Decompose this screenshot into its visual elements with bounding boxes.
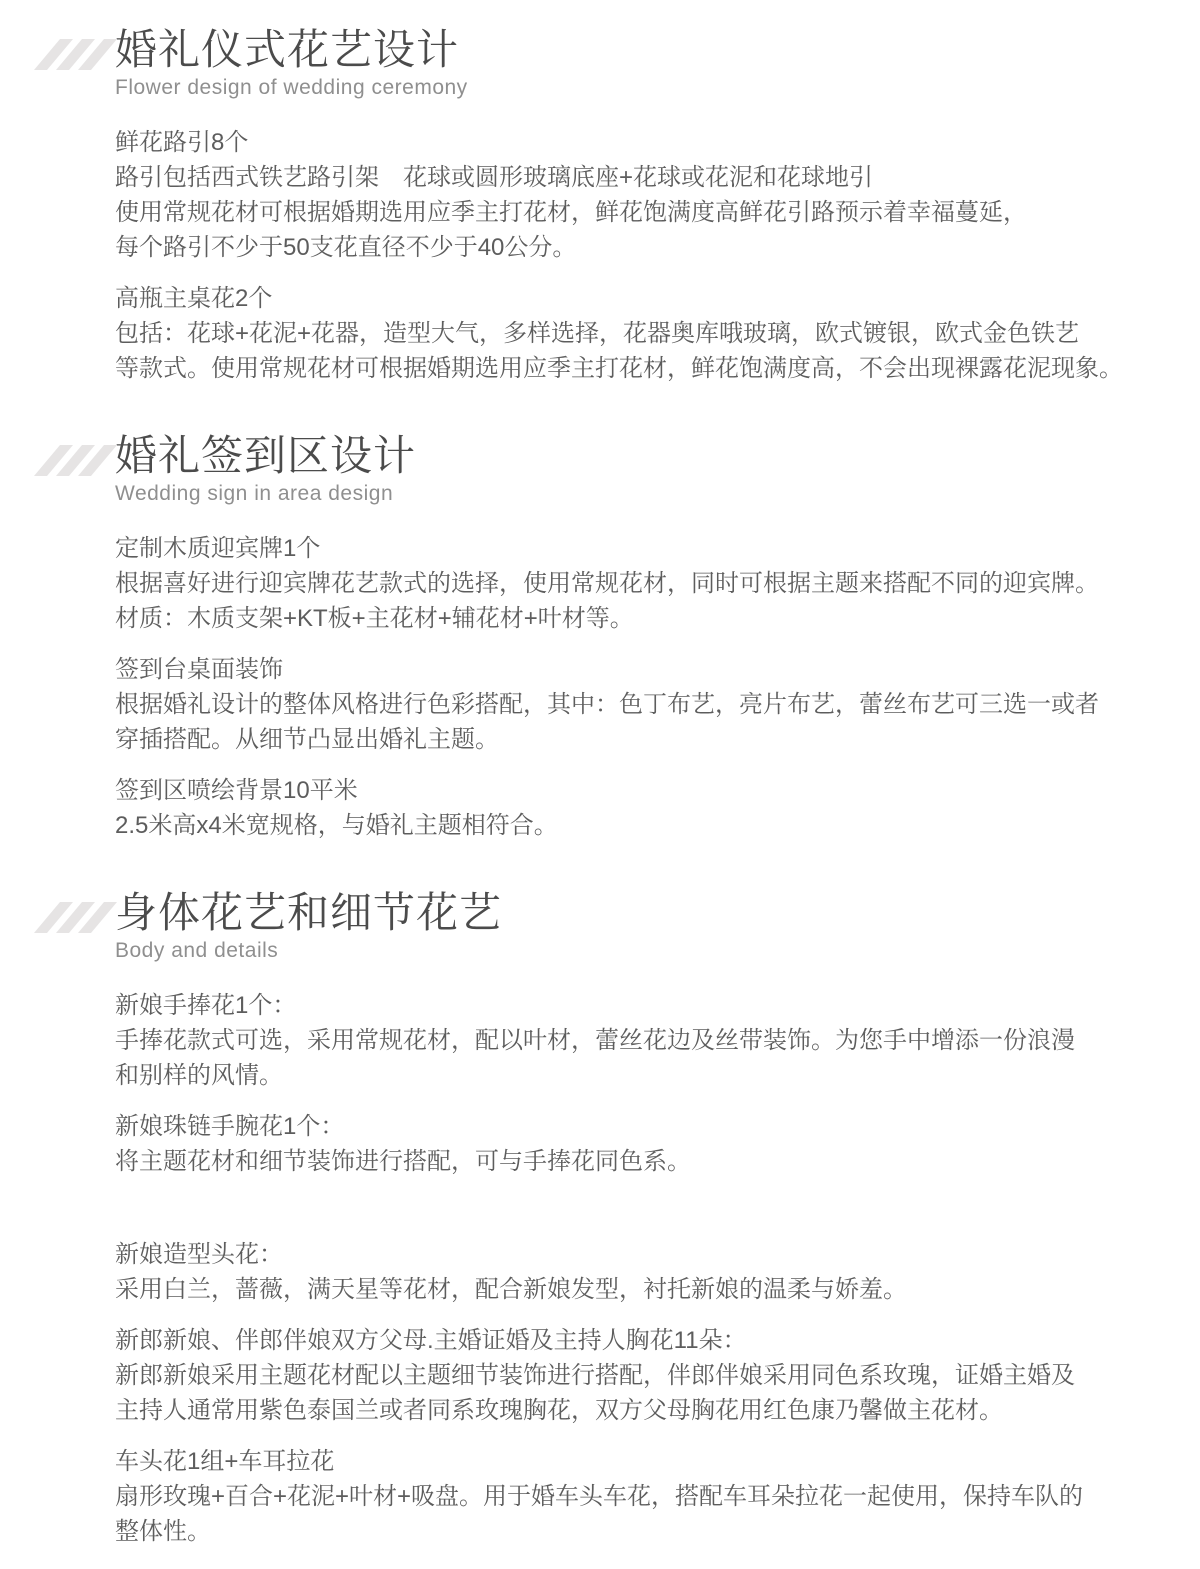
diagonal-stripes-icon [39, 902, 105, 933]
text-line: 使用常规花材可根据婚期选用应季主打花材，鲜花饱满度高鲜花引路预示着幸福蔓延， [115, 195, 1158, 230]
diagonal-stripes-icon [39, 445, 105, 476]
text-line: 高瓶主桌花2个 [115, 281, 1158, 316]
section-blocks: 新娘手捧花1个：手捧花款式可选，采用常规花材，配以叶材，蕾丝花边及丝带装饰。为您… [115, 988, 1158, 1549]
section: 婚礼仪式花艺设计 Flower design of wedding ceremo… [115, 26, 1158, 386]
text-block: 新娘造型头花：采用白兰，蔷薇，满天星等花材，配合新娘发型，衬托新娘的温柔与娇羞。 [115, 1237, 1158, 1307]
text-line: 新郎新娘采用主题花材配以主题细节装饰进行搭配，伴郎伴娘采用同色系玫瑰，证婚主婚及 [115, 1358, 1158, 1393]
text-block: 新娘手捧花1个：手捧花款式可选，采用常规花材，配以叶材，蕾丝花边及丝带装饰。为您… [115, 988, 1158, 1093]
section-subtitle: Wedding sign in area design [115, 481, 1158, 507]
text-line: 采用白兰，蔷薇，满天星等花材，配合新娘发型，衬托新娘的温柔与娇羞。 [115, 1272, 1158, 1307]
diagonal-stripes-icon [39, 39, 105, 70]
section-blocks: 鲜花路引8个路引包括西式铁艺路引架 花球或圆形玻璃底座+花球或花泥和花球地引使用… [115, 125, 1158, 386]
section-blocks: 定制木质迎宾牌1个根据喜好进行迎宾牌花艺款式的选择，使用常规花材，同时可根据主题… [115, 531, 1158, 843]
text-block: 签到台桌面装饰根据婚礼设计的整体风格进行色彩搭配，其中：色丁布艺，亮片布艺，蕾丝… [115, 652, 1158, 757]
text-line: 主持人通常用紫色泰国兰或者同系玫瑰胸花，双方父母胸花用红色康乃馨做主花材。 [115, 1393, 1158, 1428]
text-block: 定制木质迎宾牌1个根据喜好进行迎宾牌花艺款式的选择，使用常规花材，同时可根据主题… [115, 531, 1158, 636]
text-line: 手捧花款式可选，采用常规花材，配以叶材，蕾丝花边及丝带装饰。为您手中增添一份浪漫 [115, 1023, 1158, 1058]
section-header: 婚礼签到区设计 Wedding sign in area design [115, 432, 1158, 507]
text-line: 鲜花路引8个 [115, 125, 1158, 160]
text-line: 和别样的风情。 [115, 1058, 1158, 1093]
text-block: 车头花1组+车耳拉花扇形玫瑰+百合+花泥+叶材+吸盘。用于婚车头车花，搭配车耳朵… [115, 1444, 1158, 1549]
text-line: 根据婚礼设计的整体风格进行色彩搭配，其中：色丁布艺，亮片布艺，蕾丝布艺可三选一或… [115, 687, 1158, 722]
text-block: 高瓶主桌花2个包括：花球+花泥+花器，造型大气，多样选择，花器奥库哦玻璃，欧式镀… [115, 281, 1158, 386]
text-line: 路引包括西式铁艺路引架 花球或圆形玻璃底座+花球或花泥和花球地引 [115, 160, 1158, 195]
section-title: 婚礼签到区设计 [115, 432, 1158, 479]
text-line: 整体性。 [115, 1514, 1158, 1549]
section-title: 身体花艺和细节花艺 [115, 889, 1158, 936]
text-line: 根据喜好进行迎宾牌花艺款式的选择，使用常规花材，同时可根据主题来搭配不同的迎宾牌… [115, 566, 1158, 601]
text-block: 新娘珠链手腕花1个：将主题花材和细节装饰进行搭配，可与手捧花同色系。 [115, 1109, 1158, 1179]
section-header: 婚礼仪式花艺设计 Flower design of wedding ceremo… [115, 26, 1158, 101]
section-subtitle: Body and details [115, 938, 1158, 964]
text-block: 新郎新娘、伴郎伴娘双方父母.主婚证婚及主持人胸花11朵：新郎新娘采用主题花材配以… [115, 1323, 1158, 1428]
text-line: 签到区喷绘背景10平米 [115, 773, 1158, 808]
text-line: 包括：花球+花泥+花器，造型大气，多样选择，花器奥库哦玻璃，欧式镀银，欧式金色铁… [115, 316, 1158, 351]
content: 婚礼仪式花艺设计 Flower design of wedding ceremo… [0, 0, 1200, 1569]
text-line: 定制木质迎宾牌1个 [115, 531, 1158, 566]
text-line: 穿插搭配。从细节凸显出婚礼主题。 [115, 722, 1158, 757]
text-line: 新娘造型头花： [115, 1237, 1158, 1272]
text-line: 2.5米高x4米宽规格，与婚礼主题相符合。 [115, 808, 1158, 843]
text-line: 等款式。使用常规花材可根据婚期选用应季主打花材，鲜花饱满度高，不会出现裸露花泥现… [115, 351, 1158, 386]
text-line: 新娘手捧花1个： [115, 988, 1158, 1023]
section-title: 婚礼仪式花艺设计 [115, 26, 1158, 73]
text-line: 新娘珠链手腕花1个： [115, 1109, 1158, 1144]
text-line: 签到台桌面装饰 [115, 652, 1158, 687]
text-line: 将主题花材和细节装饰进行搭配，可与手捧花同色系。 [115, 1144, 1158, 1179]
section: 婚礼签到区设计 Wedding sign in area design 定制木质… [115, 432, 1158, 843]
text-line: 车头花1组+车耳拉花 [115, 1444, 1158, 1479]
text-line: 扇形玫瑰+百合+花泥+叶材+吸盘。用于婚车头车花，搭配车耳朵拉花一起使用，保持车… [115, 1479, 1158, 1514]
text-block: 鲜花路引8个路引包括西式铁艺路引架 花球或圆形玻璃底座+花球或花泥和花球地引使用… [115, 125, 1158, 265]
text-line: 材质：木质支架+KT板+主花材+辅花材+叶材等。 [115, 601, 1158, 636]
text-block: 签到区喷绘背景10平米2.5米高x4米宽规格，与婚礼主题相符合。 [115, 773, 1158, 843]
section-header: 身体花艺和细节花艺 Body and details [115, 889, 1158, 964]
section-subtitle: Flower design of wedding ceremony [115, 75, 1158, 101]
section: 身体花艺和细节花艺 Body and details 新娘手捧花1个：手捧花款式… [115, 889, 1158, 1549]
text-line: 新郎新娘、伴郎伴娘双方父母.主婚证婚及主持人胸花11朵： [115, 1323, 1158, 1358]
text-line: 每个路引不少于50支花直径不少于40公分。 [115, 230, 1158, 265]
